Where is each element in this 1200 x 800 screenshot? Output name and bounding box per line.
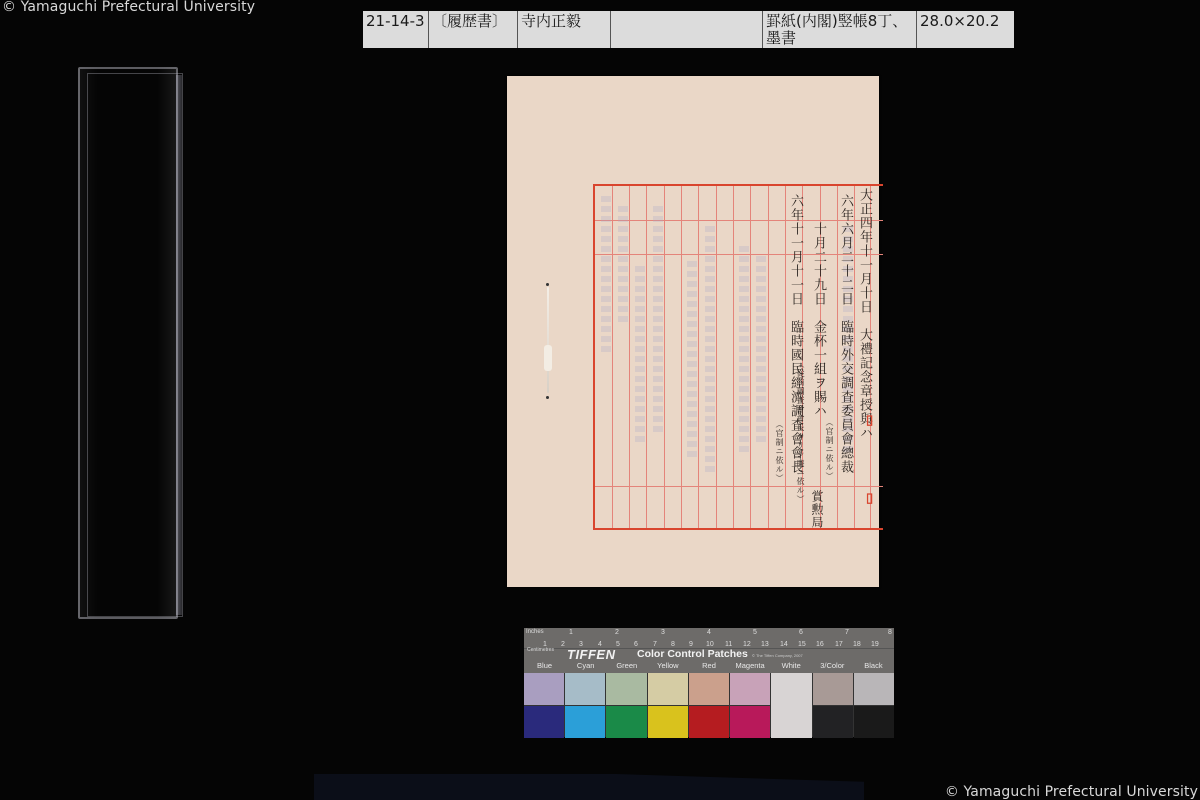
- patch-label-cyan: Cyan: [565, 661, 606, 670]
- patch-green-light: [606, 673, 646, 705]
- catalog-id: 21-14-3: [363, 11, 429, 48]
- patch-label-white: White: [771, 661, 812, 670]
- patch-black-light: [854, 673, 894, 705]
- document-line-1: 大正四年十一月十日 大禮記念章授與ハ: [857, 188, 871, 440]
- patch-red-light: [689, 673, 729, 705]
- copyright-watermark-top: © Yamaguchi Prefectural University: [2, 0, 255, 15]
- tiffen-logo: TIFFEN: [567, 647, 616, 662]
- color-control-card: Inches 1 2 3 4 5 6 7 8 1 2 3 4 5 6 7 8 9…: [524, 628, 894, 737]
- document-line-3: 十月二十九日 金杯一組ヲ賜ハ: [811, 222, 825, 418]
- document-line-2: 六年六月二十二日 臨時外交調査委員會總裁: [838, 194, 852, 474]
- catalog-material: 罫紙(内閣)竪帳8丁、墨書: [763, 11, 917, 48]
- ruler-inches-label: Inches: [526, 629, 544, 635]
- patch-yellow-light: [648, 673, 688, 705]
- margin-mark-top: ▯: [866, 412, 873, 428]
- catalog-person: 寺内正毅: [518, 11, 611, 48]
- patch-red-dark: [689, 706, 729, 738]
- copyright-watermark-bottom: © Yamaguchi Prefectural University: [945, 784, 1198, 800]
- patch-label-black: Black: [853, 661, 894, 670]
- binding-knot: [544, 345, 552, 371]
- document-note-4: （官制ニ依ル）: [775, 420, 784, 483]
- patch-label-green: Green: [606, 661, 647, 670]
- catalog-blank: [611, 11, 763, 48]
- patch-magenta-light: [730, 673, 770, 705]
- patch-green-dark: [606, 706, 646, 738]
- glass-weight-inner-edge: [87, 73, 183, 617]
- patch-3color-dark: [813, 706, 853, 738]
- patch-cyan-light: [565, 673, 605, 705]
- patch-blue-dark: [524, 706, 564, 738]
- patch-labels: Blue Cyan Green Yellow Red Magenta White…: [524, 661, 894, 670]
- color-patches: [524, 673, 894, 737]
- patch-3color-light: [813, 673, 853, 705]
- patch-label-magenta: Magenta: [730, 661, 771, 670]
- patch-black-dark: [854, 706, 894, 738]
- patch-white: [771, 673, 811, 738]
- catalog-label-strip: 21-14-3 〔履歴書〕 寺内正毅 罫紙(内閣)竪帳8丁、墨書 28.0×20…: [363, 11, 1014, 48]
- patch-yellow-dark: [648, 706, 688, 738]
- dark-backdrop-edge: [314, 774, 864, 800]
- patch-cyan-dark: [565, 706, 605, 738]
- catalog-size: 28.0×20.2: [917, 11, 1014, 48]
- document-line-4: 六年十一月十一日 臨時國民經濟調査會會長: [788, 194, 802, 474]
- catalog-type: 〔履歴書〕: [429, 11, 518, 48]
- patch-magenta-dark: [730, 706, 770, 738]
- patch-label-blue: Blue: [524, 661, 565, 670]
- card-copyright: © The Tiffen Company, 2007: [752, 653, 803, 658]
- margin-mark-bottom: ▯: [866, 490, 873, 506]
- patch-label-red: Red: [688, 661, 729, 670]
- binding-hole-bottom: [546, 396, 549, 399]
- card-title: Color Control Patches: [637, 648, 748, 660]
- patch-label-3color: 3/Color: [812, 661, 853, 670]
- patch-label-yellow: Yellow: [647, 661, 688, 670]
- ruler-cm-label: Centimetres: [527, 647, 554, 653]
- document-stamp-text: 賞勲局: [810, 490, 824, 529]
- measurement-ruler: Inches 1 2 3 4 5 6 7 8 1 2 3 4 5 6 7 8 9…: [524, 628, 894, 649]
- binding-thread: [547, 287, 549, 393]
- patch-blue-light: [524, 673, 564, 705]
- glass-weight-side-edge: [176, 75, 182, 615]
- document-note-2: （官制ニ依ル）: [825, 418, 834, 481]
- binding-hole-top: [546, 283, 549, 286]
- binding-string: [543, 283, 553, 401]
